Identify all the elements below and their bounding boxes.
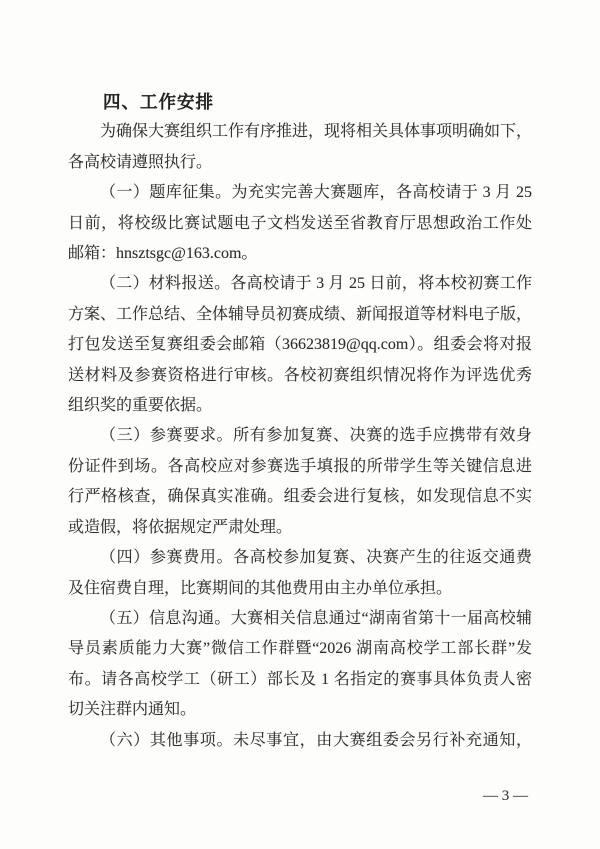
text-line: 为确保大赛组织工作有序推进，现将相关具体事项明确如下， xyxy=(68,117,532,147)
text-line: 送材料及参赛资格进行审核。各校初赛组织情况将作为评选优秀 xyxy=(68,361,532,391)
text-line-email: 打包发送至复赛组委会邮箱（36623819@qq.com）。组委会将对报 xyxy=(68,330,532,360)
text-line: （一）题库征集。为充实完善大赛题库，各高校请于 3 月 25 xyxy=(68,178,532,208)
document-body: 四、工作安排 为确保大赛组织工作有序推进，现将相关具体事项明确如下， 各高校请遵… xyxy=(68,87,532,756)
paragraph-item-3-requirements: （三）参赛要求。所有参加复赛、决赛的选手应携带有效身 份证件到场。各高校应对参赛… xyxy=(68,421,532,543)
paragraph-item-4-fees: （四）参赛费用。各高校参加复赛、决赛产生的往返交通费 及住宿费自理，比赛期间的其… xyxy=(68,543,532,604)
text-line: 及住宿费自理，比赛期间的其他费用由主办单位承担。 xyxy=(68,574,532,604)
paragraph-item-5-communication: （五）信息沟通。大赛相关信息通过“湖南省第十一届高校辅 导员素质能力大赛”微信工… xyxy=(68,604,532,726)
text-line: 方案、工作总结、全体辅导员初赛成绩、新闻报道等材料电子版， xyxy=(68,300,532,330)
paragraph-intro: 为确保大赛组织工作有序推进，现将相关具体事项明确如下， 各高校请遵照执行。 xyxy=(68,117,532,178)
text-line: 行严格核查，确保真实准确。组委会进行复核，如发现信息不实 xyxy=(68,482,532,512)
paragraph-item-2-materials: （二）材料报送。各高校请于 3 月 25 日前，将本校初赛工作 方案、工作总结、… xyxy=(68,269,532,421)
text-line: 或造假，将依据规定严肃处理。 xyxy=(68,513,532,543)
text-line-email: 邮箱：hnsztsgc@163.com。 xyxy=(68,239,532,269)
text-line: （四）参赛费用。各高校参加复赛、决赛产生的往返交通费 xyxy=(68,543,532,573)
text-line: 组织奖的重要依据。 xyxy=(68,391,532,421)
text-line: 份证件到场。各高校应对参赛选手填报的所带学生等关键信息进 xyxy=(68,452,532,482)
paragraph-item-1-question-bank: （一）题库征集。为充实完善大赛题库，各高校请于 3 月 25 日前，将校级比赛试… xyxy=(68,178,532,269)
text-line: （五）信息沟通。大赛相关信息通过“湖南省第十一届高校辅 xyxy=(68,604,532,634)
text-line: 导员素质能力大赛”微信工作群暨“2026 湖南高校学工部长群”发 xyxy=(68,634,532,664)
text-line: 各高校请遵照执行。 xyxy=(68,148,532,178)
document-page: 四、工作安排 为确保大赛组织工作有序推进，现将相关具体事项明确如下， 各高校请遵… xyxy=(0,0,600,849)
paragraph-item-6-other: （六）其他事项。未尽事宜，由大赛组委会另行补充通知， xyxy=(68,726,532,756)
text-line: （三）参赛要求。所有参加复赛、决赛的选手应携带有效身 xyxy=(68,421,532,451)
text-line: 布。请各高校学工（研工）部长及 1 名指定的赛事具体负责人密 xyxy=(68,665,532,695)
section-heading: 四、工作安排 xyxy=(68,87,532,117)
page-number: — 3 — xyxy=(483,786,528,806)
text-line: （六）其他事项。未尽事宜，由大赛组委会另行补充通知， xyxy=(68,726,532,756)
text-line: 日前，将校级比赛试题电子文档发送至省教育厅思想政治工作处 xyxy=(68,209,532,239)
text-line: （二）材料报送。各高校请于 3 月 25 日前，将本校初赛工作 xyxy=(68,269,532,299)
text-line: 切关注群内通知。 xyxy=(68,695,532,725)
